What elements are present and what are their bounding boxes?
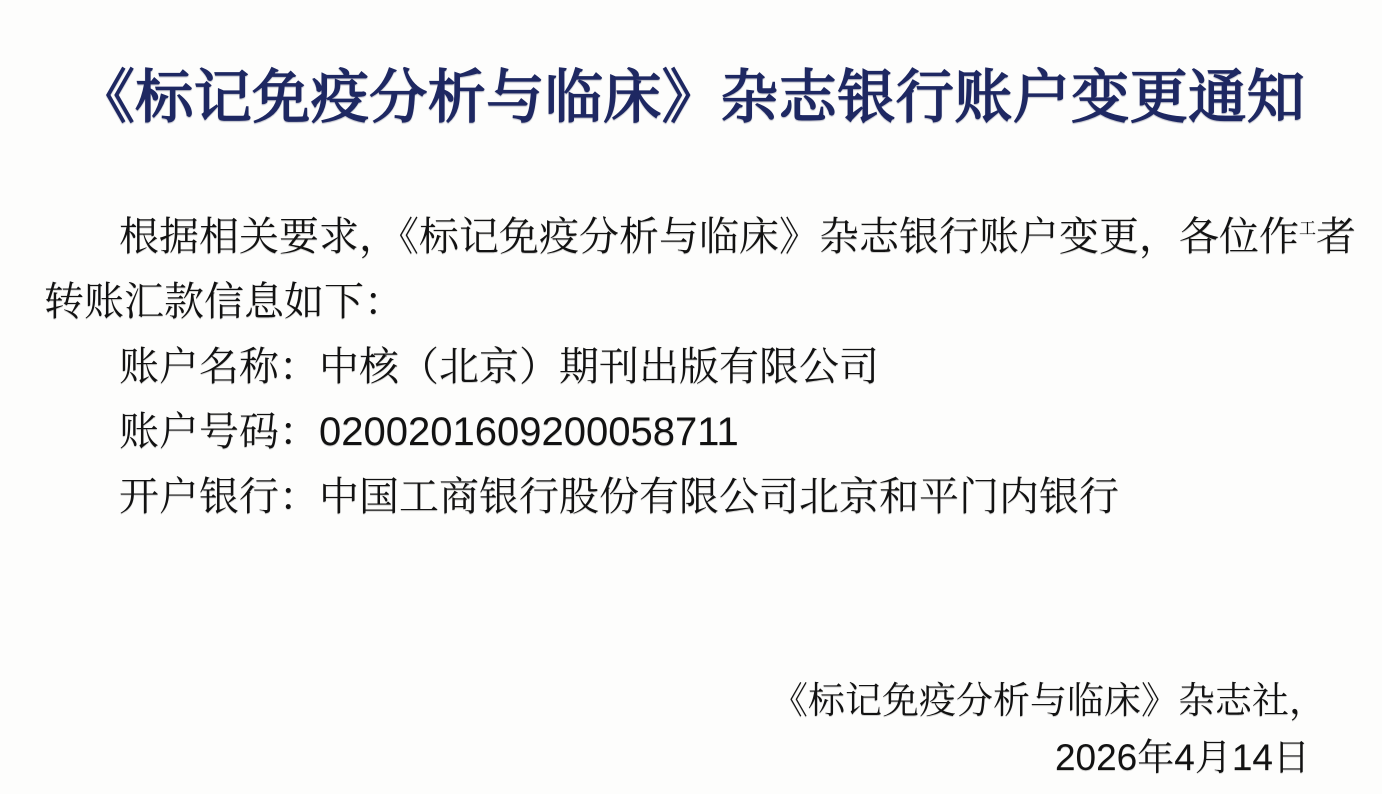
signature: 《标记免疫分析与临床》杂志社， 2026年4月14日 [771,672,1326,786]
bank-value: 中国工商银行股份有限公司北京和平门内银行 [319,475,1119,519]
bank-row: 开户银行：中国工商银行股份有限公司北京和平门内银行 [44,465,1342,530]
account-name-row: 账户名称：中核（北京）期刊出版有限公司 [44,335,1342,400]
intro-line-1: 根据相关要求，《标记免疫分析与临床》杂志银行账户变更，各位作工者 [44,205,1342,270]
notice-body: 根据相关要求，《标记免疫分析与临床》杂志银行账户变更，各位作工者 转账汇款信息如… [44,205,1342,530]
intro-line-1-end: 者 [1316,215,1356,259]
intro-line-2: 转账汇款信息如下： [44,270,1342,335]
notice-document: 《标记免疫分析与临床》杂志银行账户变更通知 根据相关要求，《标记免疫分析与临床》… [0,0,1382,794]
signature-org: 《标记免疫分析与临床》杂志社， [771,672,1326,729]
intro-line-1-text: 根据相关要求，《标记免疫分析与临床》杂志银行账户变更，各位作 [119,215,1299,259]
signature-date: 2026年4月14日 [771,729,1326,786]
account-name-value: 中核（北京）期刊出版有限公司 [319,345,879,389]
account-number-row: 账户号码：0200201609200058711 [44,400,1342,465]
account-number-value: 0200201609200058711 [319,410,739,454]
superscript-artifact: 工 [1299,196,1316,261]
bank-label: 开户银行： [119,475,319,519]
account-name-label: 账户名称： [119,345,319,389]
account-number-label: 账户号码： [119,410,319,454]
page-title: 《标记免疫分析与临床》杂志银行账户变更通知 [0,50,1382,134]
